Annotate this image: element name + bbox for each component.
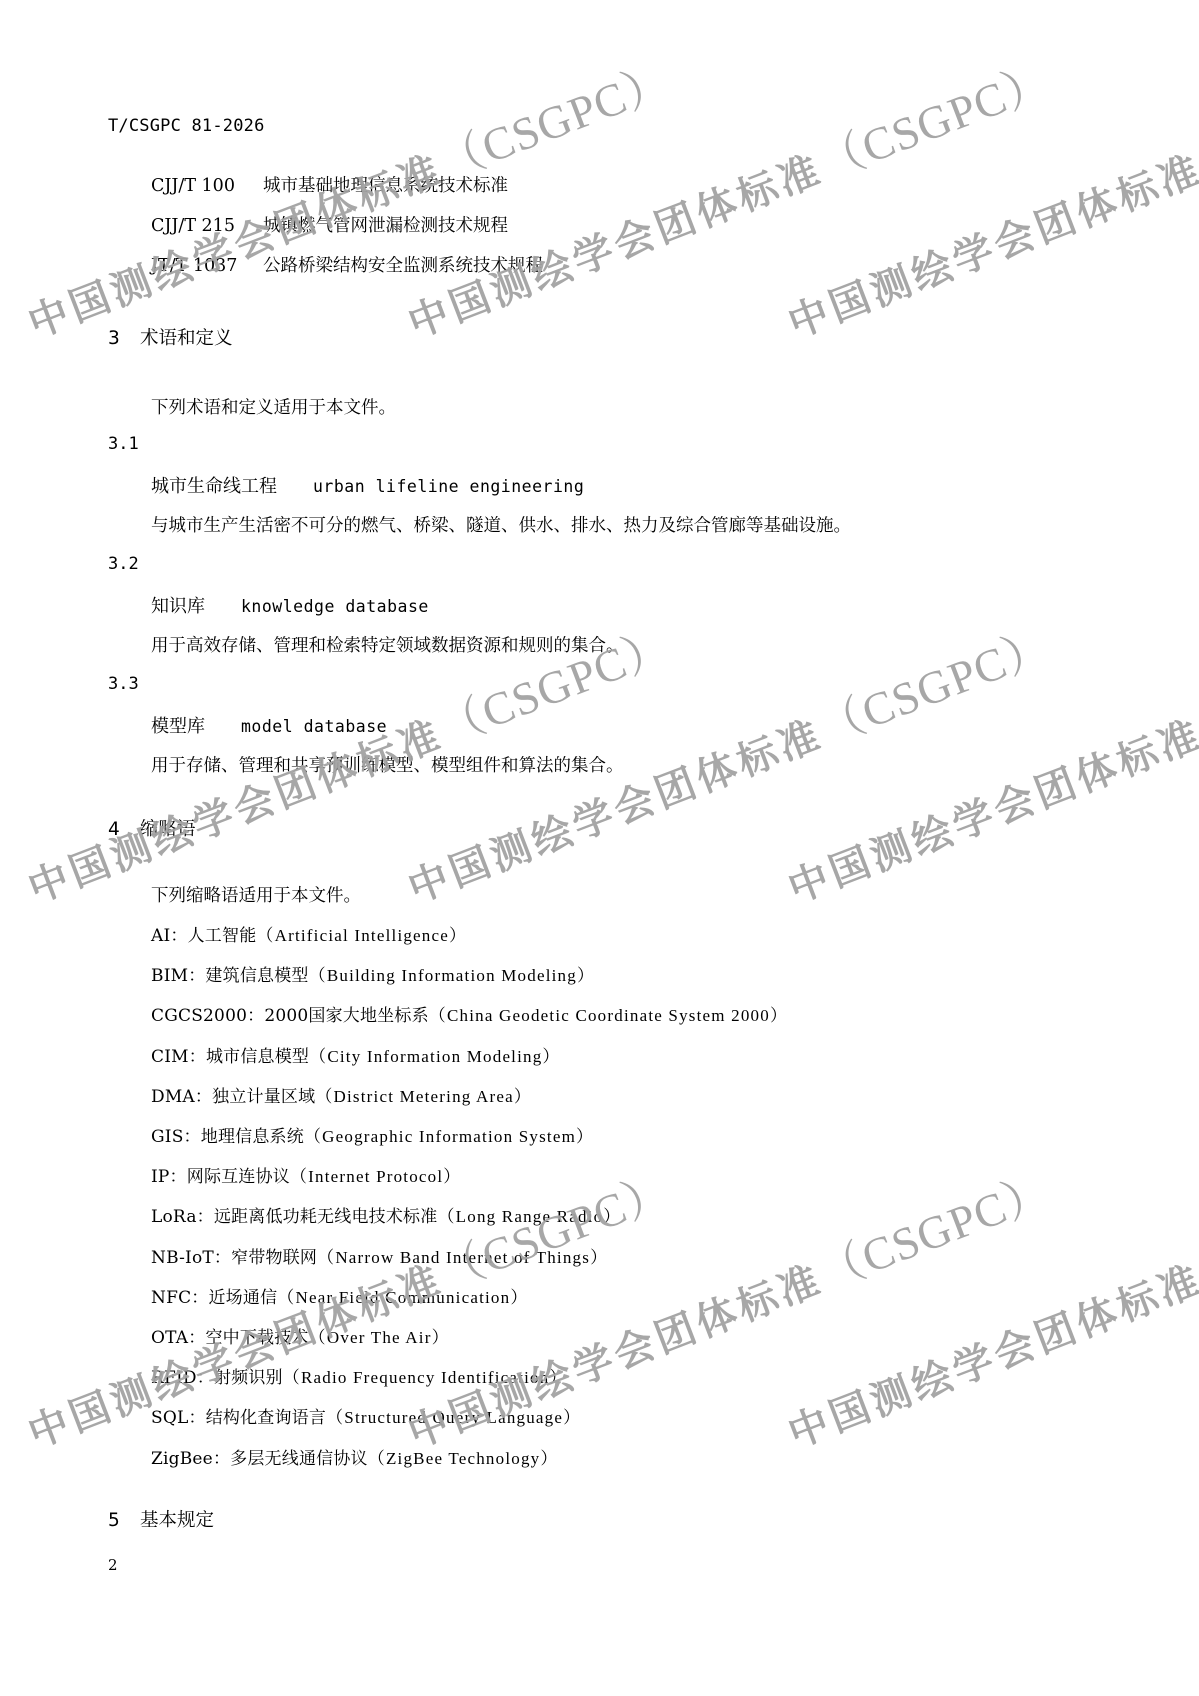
abbreviation-zh: 远距离低功耗无线电技术标准 bbox=[214, 1207, 438, 1227]
abbreviation-zh: 地理信息系统 bbox=[201, 1127, 304, 1147]
term-zh: 知识库 bbox=[151, 596, 205, 617]
abbreviation: AI： bbox=[151, 926, 188, 946]
term-zh: 城市生命线工程 bbox=[151, 476, 277, 497]
abbreviation-en: （Artificial Intelligence） bbox=[256, 926, 467, 945]
term-entry: 模型库model database bbox=[151, 712, 387, 738]
section-number: 5 bbox=[108, 1510, 140, 1531]
abbreviation-en: （Geographic Information System） bbox=[304, 1127, 594, 1146]
reference-title: 公路桥梁结构安全监测系统技术规程 bbox=[263, 256, 543, 276]
abbreviation-en: （Long Range Radio） bbox=[437, 1207, 621, 1226]
abbreviation: BIM： bbox=[151, 966, 205, 986]
watermark: 中国测绘学会团体标准（CSGPC） bbox=[776, 1154, 1199, 1461]
abbreviation-zh: 窄带物联网 bbox=[231, 1248, 317, 1268]
clause-number: 3.3 bbox=[108, 674, 139, 694]
watermark: 中国测绘学会团体标准（CSGPC） bbox=[396, 44, 1059, 351]
term-en: model database bbox=[241, 717, 387, 736]
watermark: 中国测绘学会团体标准（CSGPC） bbox=[776, 609, 1199, 916]
standard-code: T/CSGPC 81-2026 bbox=[108, 116, 265, 136]
reference-title: 城镇燃气管网泄漏检测技术规程 bbox=[263, 216, 508, 236]
clause-number: 3.1 bbox=[108, 434, 139, 454]
abbreviation-zh: 城市信息模型 bbox=[206, 1047, 309, 1067]
abbreviation-item: LoRa：远距离低功耗无线电技术标准（Long Range Radio） bbox=[151, 1202, 622, 1227]
abbreviation-zh: 建筑信息模型 bbox=[205, 966, 308, 986]
reference-item: CJJ/T 100城市基础地理信息系统技术标准 bbox=[151, 172, 508, 197]
abbreviation-item: BIM：建筑信息模型（Building Information Modeling… bbox=[151, 961, 595, 986]
abbreviation-zh: 多层无线通信协议 bbox=[230, 1449, 368, 1469]
abbreviation-item: CIM：城市信息模型（City Information Modeling） bbox=[151, 1042, 561, 1067]
abbreviation-en: （Internet Protocol） bbox=[290, 1167, 462, 1186]
term-zh: 模型库 bbox=[151, 716, 205, 737]
reference-item: JT/T 1037公路桥梁结构安全监测系统技术规程 bbox=[151, 252, 543, 277]
abbreviation-en: （District Metering Area） bbox=[315, 1087, 532, 1106]
abbreviation: LoRa： bbox=[151, 1207, 214, 1227]
watermark: 中国测绘学会团体标准（CSGPC） bbox=[16, 44, 679, 351]
abbreviation-zh: 网际互连协议 bbox=[187, 1167, 290, 1187]
term-en: urban lifeline engineering bbox=[313, 477, 584, 496]
abbreviation-zh: 人工智能 bbox=[188, 926, 257, 946]
abbreviation-en: （Near Field Communication） bbox=[277, 1288, 528, 1307]
abbreviation: NFC： bbox=[151, 1288, 208, 1308]
abbreviation: OTA： bbox=[151, 1328, 205, 1348]
section-heading-4: 4缩略语 bbox=[108, 815, 196, 841]
section-title: 术语和定义 bbox=[140, 328, 233, 349]
abbreviation-zh: 射频识别 bbox=[214, 1368, 283, 1388]
abbreviation-en: （Structured Query Language） bbox=[326, 1408, 581, 1427]
abbreviation-en: （Radio Frequency Identification） bbox=[283, 1368, 568, 1387]
term-definition: 用于存储、管理和共享预训练模型、模型组件和算法的集合。 bbox=[151, 752, 624, 777]
abbreviation-zh: 空中下载技术 bbox=[205, 1328, 308, 1348]
abbreviation: IP： bbox=[151, 1167, 187, 1187]
abbreviation-en: （ZigBee Technology） bbox=[368, 1449, 559, 1468]
term-definition: 与城市生产生活密不可分的燃气、桥梁、隧道、供水、排水、热力及综合管廊等基础设施。 bbox=[151, 512, 851, 537]
section-intro: 下列术语和定义适用于本文件。 bbox=[151, 394, 396, 419]
section-heading-5: 5基本规定 bbox=[108, 1506, 214, 1532]
reference-item: CJJ/T 215城镇燃气管网泄漏检测技术规程 bbox=[151, 212, 508, 237]
section-title: 缩略语 bbox=[140, 819, 196, 840]
term-entry: 知识库knowledge database bbox=[151, 592, 429, 618]
abbreviation: ZigBee： bbox=[151, 1449, 230, 1469]
abbreviation-item: CGCS2000：2000国家大地坐标系（China Geodetic Coor… bbox=[151, 1001, 788, 1026]
abbreviation-zh: 近场通信 bbox=[208, 1288, 277, 1308]
abbreviation-item: IP：网际互连协议（Internet Protocol） bbox=[151, 1162, 462, 1187]
abbreviation-item: DMA：独立计量区域（District Metering Area） bbox=[151, 1082, 532, 1107]
abbreviation: CGCS2000： bbox=[151, 1006, 264, 1026]
abbreviation-item: GIS：地理信息系统（Geographic Information System… bbox=[151, 1122, 594, 1147]
abbreviation: GIS： bbox=[151, 1127, 201, 1147]
abbreviation: RFID： bbox=[151, 1368, 214, 1388]
section-number: 3 bbox=[108, 328, 140, 349]
abbreviation: CIM： bbox=[151, 1047, 206, 1067]
term-en: knowledge database bbox=[241, 597, 429, 616]
section-heading-3: 3术语和定义 bbox=[108, 324, 233, 350]
abbreviation-zh: 结构化查询语言 bbox=[206, 1408, 326, 1428]
abbreviation-zh: 2000国家大地坐标系 bbox=[264, 1006, 428, 1026]
abbreviation-item: OTA：空中下载技术（Over The Air） bbox=[151, 1323, 450, 1348]
clause-number: 3.2 bbox=[108, 554, 139, 574]
abbreviation-en: （Narrow Band Internet of Things） bbox=[317, 1248, 608, 1267]
term-definition: 用于高效存储、管理和检索特定领域数据资源和规则的集合。 bbox=[151, 632, 624, 657]
abbreviation-en: （City Information Modeling） bbox=[309, 1047, 561, 1066]
term-entry: 城市生命线工程urban lifeline engineering bbox=[151, 472, 584, 498]
abbreviation-item: AI：人工智能（Artificial Intelligence） bbox=[151, 921, 467, 946]
abbreviation: NB-IoT： bbox=[151, 1248, 231, 1268]
abbreviation-item: NB-IoT：窄带物联网（Narrow Band Internet of Thi… bbox=[151, 1243, 608, 1268]
section-intro: 下列缩略语适用于本文件。 bbox=[151, 882, 361, 907]
reference-title: 城市基础地理信息系统技术标准 bbox=[263, 176, 508, 196]
abbreviation-en: （Over The Air） bbox=[309, 1328, 450, 1347]
abbreviation: DMA： bbox=[151, 1087, 212, 1107]
reference-code: CJJ/T 215 bbox=[151, 216, 263, 236]
page-number: 2 bbox=[108, 1556, 118, 1574]
abbreviation-item: SQL：结构化查询语言（Structured Query Language） bbox=[151, 1403, 581, 1428]
watermark: 中国测绘学会团体标准（CSGPC） bbox=[776, 44, 1199, 351]
abbreviation-zh: 独立计量区域 bbox=[212, 1087, 315, 1107]
section-number: 4 bbox=[108, 819, 140, 840]
abbreviation-item: ZigBee：多层无线通信协议（ZigBee Technology） bbox=[151, 1444, 559, 1469]
abbreviation-en: （Building Information Modeling） bbox=[309, 966, 596, 985]
abbreviation: SQL： bbox=[151, 1408, 206, 1428]
reference-code: JT/T 1037 bbox=[151, 256, 263, 276]
reference-code: CJJ/T 100 bbox=[151, 176, 263, 196]
abbreviation-item: NFC：近场通信（Near Field Communication） bbox=[151, 1283, 529, 1308]
section-title: 基本规定 bbox=[140, 1510, 214, 1531]
abbreviation-en: （China Geodetic Coordinate System 2000） bbox=[429, 1006, 788, 1025]
abbreviation-item: RFID：射频识别（Radio Frequency Identification… bbox=[151, 1363, 568, 1388]
